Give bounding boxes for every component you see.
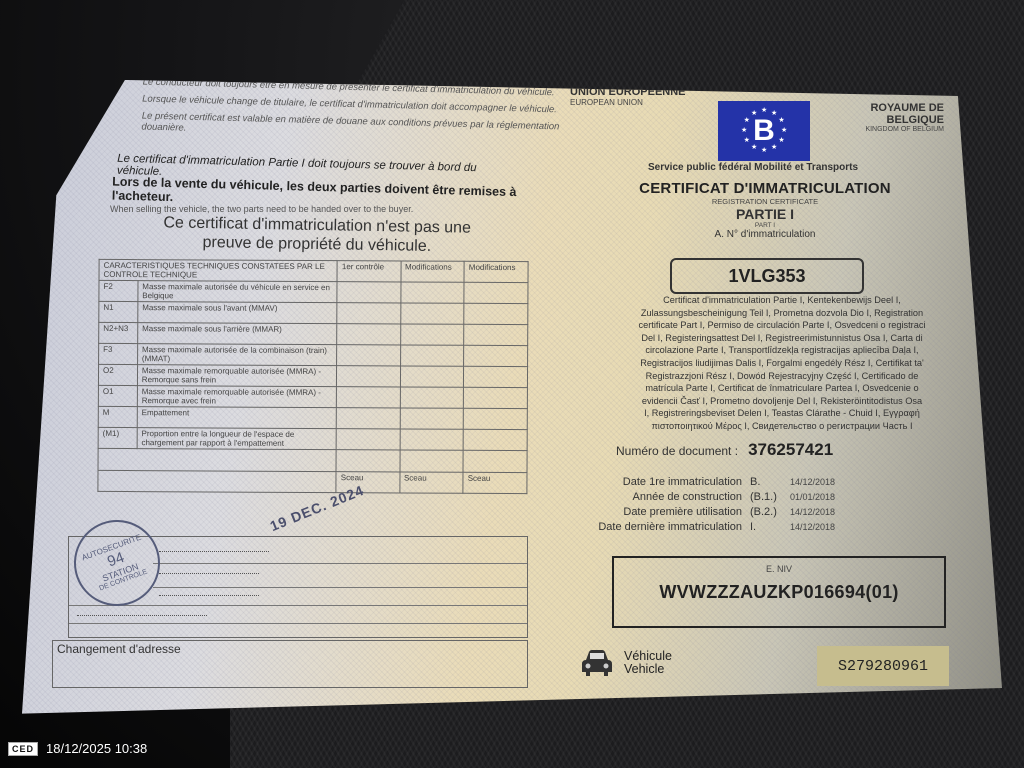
language-line: πιστοποιητικού Μέρος I, Свидетельство о … [622, 420, 942, 433]
row-description: Masse maximale remorquable autorisée (MM… [137, 386, 337, 408]
table-row: MEmpattement [98, 406, 527, 429]
dotted-line [159, 573, 259, 574]
date-row: Date première utilisation(B.2.)14/12/201… [582, 506, 842, 518]
date-row: Année de construction(B.1.)01/01/2018 [582, 491, 842, 503]
language-line: Del I, Registeringsattest Del I, Registr… [622, 332, 942, 345]
kingdom-label: ROYAUME DE BELGIQUE KINGDOM OF BELGIUM [814, 102, 944, 133]
license-plate: 1VLG353 [728, 266, 805, 287]
language-line: matrícula Parte I, Certificat de înmatri… [622, 382, 942, 395]
table-row: O2Masse maximale remorquable autorisée (… [98, 364, 527, 387]
date-code: I. [750, 521, 782, 533]
date-label: Date première utilisation [582, 506, 742, 518]
row-description: Masse maximale sous l'arrière (MMAR) [138, 323, 338, 345]
table-row: N2+N3Masse maximale sous l'arrière (MMAR… [99, 322, 528, 345]
row-description: Masse maximale sous l'avant (MMAV) [138, 302, 338, 324]
document-number-label: Numéro de document : [616, 444, 738, 458]
certificate-title: CERTIFICAT D'IMMATRICULATION [610, 180, 920, 197]
language-list: Certificat d'immatriculation Partie I, K… [622, 294, 942, 433]
row-code: N2+N3 [99, 322, 138, 343]
vin-box: E. NIV WVWZZZAUZKP016694(01) [612, 556, 946, 628]
ownership-notice: Ce certificat d'immatriculation n'est pa… [122, 213, 513, 258]
date-row: Date 1re immatriculationB.14/12/2018 [582, 476, 842, 488]
column-header: Modifications [400, 261, 464, 282]
language-line: Certificat d'immatriculation Partie I, K… [622, 294, 942, 307]
document-number-row: Numéro de document : 376257421 [616, 440, 833, 460]
date-row: Date dernière immatriculationI.14/12/201… [582, 521, 842, 533]
rule-line [69, 623, 527, 624]
star-icon: ★ [778, 116, 784, 124]
license-plate-box: 1VLG353 [670, 258, 864, 294]
column-header: Modifications [464, 261, 528, 282]
eu-flag: ★★★★★★★★★★★★ B [718, 101, 810, 161]
row-code: F2 [99, 280, 138, 301]
row-description: Masse maximale autorisée de la combinais… [137, 344, 337, 366]
table-row: (M1)Proportion entre la longueur de l'es… [98, 427, 527, 450]
certificate-title-block: CERTIFICAT D'IMMATRICULATION REGISTRATIO… [610, 180, 920, 240]
star-icon: ★ [744, 116, 750, 124]
document-number: 376257421 [748, 440, 833, 460]
dotted-line [159, 595, 259, 596]
vehicle-label: Véhicule Vehicle [580, 648, 672, 678]
vin-label: E. NIV [614, 564, 944, 574]
star-icon: ★ [778, 136, 784, 144]
seal-label: Sceau [399, 472, 463, 493]
row-description: Proportion entre la longueur de l'espace… [137, 428, 337, 450]
technical-table: CARACTERISTIQUES TECHNIQUES CONSTATEES P… [97, 259, 528, 494]
certificate-title-en: REGISTRATION CERTIFICATE [610, 197, 920, 206]
serial-number: S279280961 [838, 658, 928, 675]
service-label: Service public fédéral Mobilité et Trans… [648, 162, 858, 173]
date-label: Année de construction [582, 491, 742, 503]
plate-label: A. N° d'immatriculation [610, 229, 920, 240]
date-code: B. [750, 476, 782, 488]
star-icon: ★ [741, 126, 747, 134]
part-title: PARTIE I [610, 206, 920, 222]
table-row: F2Masse maximale autorisée du véhicule e… [99, 280, 528, 303]
kingdom-fr: ROYAUME DE BELGIQUE [814, 102, 944, 126]
star-icon: ★ [761, 106, 767, 114]
table-row: F3Masse maximale autorisée de la combina… [99, 343, 528, 366]
union-en: EUROPEAN UNION [570, 98, 686, 107]
table-row: N1Masse maximale sous l'avant (MMAV) [99, 301, 528, 324]
camera-watermark: CED 18/12/2025 10:38 [8, 741, 147, 756]
table-header: CARACTERISTIQUES TECHNIQUES CONSTATEES P… [99, 259, 337, 281]
date-value: 14/12/2018 [790, 477, 835, 487]
dates-block: Date 1re immatriculationB.14/12/2018Anné… [582, 476, 842, 536]
column-header: 1er contrôle [337, 261, 400, 282]
date-value: 14/12/2018 [790, 522, 835, 532]
row-code: N1 [99, 301, 138, 322]
row-code: O1 [98, 385, 137, 406]
kingdom-en: KINGDOM OF BELGIUM [814, 126, 944, 133]
row-description: Masse maximale autorisée du véhicule en … [138, 281, 338, 303]
language-line: circolazione Parte I, Transportlīdzekļa … [622, 344, 942, 357]
language-line: Zulassungsbescheinigung Teil I, Prometna… [622, 307, 942, 320]
row-description: Empattement [137, 407, 337, 429]
part-title-en: PART I [610, 222, 920, 229]
address-change-label: Changement d'adresse [53, 641, 527, 657]
language-line: Registrazzjoni Rész I, Dowód Rejestracyj… [622, 370, 942, 383]
address-change-box: Changement d'adresse [52, 640, 528, 688]
date-label: Date dernière immatriculation [582, 521, 742, 533]
dotted-line [77, 615, 207, 616]
row-code: M [98, 406, 137, 427]
star-icon: ★ [744, 136, 750, 144]
vehicle-en: Vehicle [624, 663, 672, 676]
rule-line [69, 605, 527, 606]
date-code: (B.1.) [750, 491, 782, 503]
row-code: O2 [98, 364, 137, 385]
seal-label: Sceau [463, 472, 527, 493]
language-line: certificate Part I, Permiso de circulaci… [622, 319, 942, 332]
language-line: evidencii Časť I, Prometno dovoljenje De… [622, 395, 942, 408]
date-value: 14/12/2018 [790, 507, 835, 517]
row-code: (M1) [98, 427, 137, 448]
star-icon: ★ [781, 126, 787, 134]
timestamp: 18/12/2025 10:38 [46, 741, 147, 756]
row-code: F3 [99, 343, 138, 364]
language-line: I, Registreringsbeviset Delen I, Teastas… [622, 407, 942, 420]
date-label: Date 1re immatriculation [582, 476, 742, 488]
ced-logo: CED [8, 742, 38, 756]
vin-number: WVWZZZAUZKP016694(01) [614, 582, 944, 603]
language-line: Registracijos liudijimas Dalis I, Forgal… [622, 357, 942, 370]
flag-letter: B [753, 114, 775, 148]
date-code: (B.2.) [750, 506, 782, 518]
date-value: 01/01/2018 [790, 492, 835, 502]
table-row: O1Masse maximale remorquable autorisée (… [98, 385, 527, 408]
rule-3: Le présent certificat est valable en mat… [141, 111, 561, 144]
row-description: Masse maximale remorquable autorisée (MM… [137, 365, 337, 387]
car-icon [580, 648, 614, 678]
dotted-line [159, 551, 269, 552]
registration-certificate: Le conducteur doit toujours être en mesu… [22, 80, 1002, 720]
rule-line [153, 587, 527, 588]
serial-number-box: S279280961 [817, 646, 949, 686]
rule-line [153, 563, 527, 564]
